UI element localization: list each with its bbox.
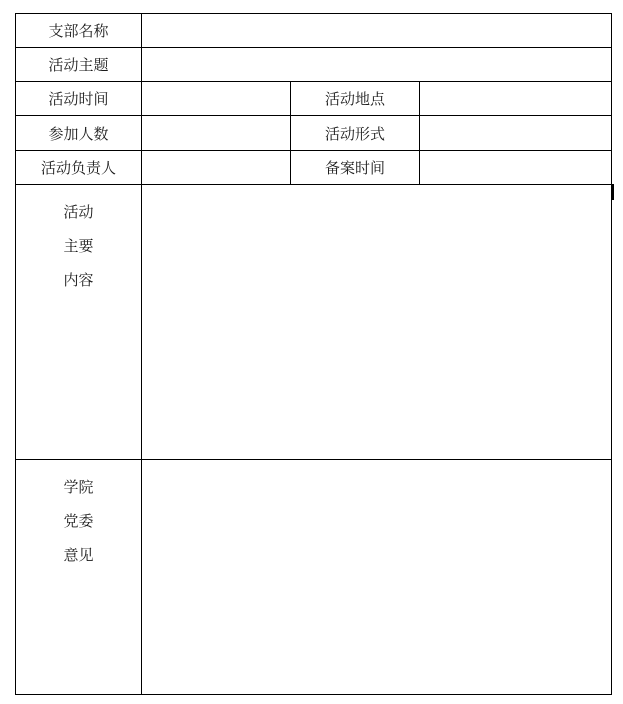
label-activity-time: 活动时间 [15, 81, 142, 116]
activity-time-field[interactable] [141, 81, 291, 116]
label-line: 意见 [63, 538, 93, 572]
label-text: 参加人数 [48, 123, 108, 144]
activity-record-form: 支部名称 活动主题 活动时间 活动地点 参加人数 活动形式 活动负责人 备案时间… [15, 13, 612, 695]
label-text: 活动负责人 [41, 157, 116, 178]
label-text: 活动主题 [48, 54, 108, 75]
label-line: 主要 [63, 229, 93, 263]
label-line: 活动 [63, 195, 93, 229]
label-text: 活动形式 [325, 123, 385, 144]
label-branch-name: 支部名称 [15, 13, 142, 48]
activity-leader-field[interactable] [141, 150, 291, 185]
activity-theme-field[interactable] [141, 47, 612, 82]
label-line: 党委 [63, 504, 93, 538]
text-cursor [612, 184, 614, 200]
label-activity-leader: 活动负责人 [15, 150, 142, 185]
label-text: 支部名称 [48, 20, 108, 41]
filing-time-field[interactable] [419, 150, 612, 185]
label-college-committee-opinion: 学院 党委 意见 [15, 459, 142, 695]
participant-count-field[interactable] [141, 115, 291, 151]
label-filing-time: 备案时间 [290, 150, 420, 185]
branch-name-field[interactable] [141, 13, 612, 48]
activity-location-field[interactable] [419, 81, 612, 116]
label-activity-format: 活动形式 [290, 115, 420, 151]
label-text: 活动时间 [48, 88, 108, 109]
main-content-field[interactable] [141, 184, 612, 460]
label-participant-count: 参加人数 [15, 115, 142, 151]
label-text: 活动地点 [325, 88, 385, 109]
college-committee-opinion-field[interactable] [141, 459, 612, 695]
label-activity-location: 活动地点 [290, 81, 420, 116]
activity-format-field[interactable] [419, 115, 612, 151]
label-main-content: 活动 主要 内容 [15, 184, 142, 460]
label-line: 内容 [63, 263, 93, 297]
label-text: 备案时间 [325, 157, 385, 178]
label-line: 学院 [63, 470, 93, 504]
label-activity-theme: 活动主题 [15, 47, 142, 82]
